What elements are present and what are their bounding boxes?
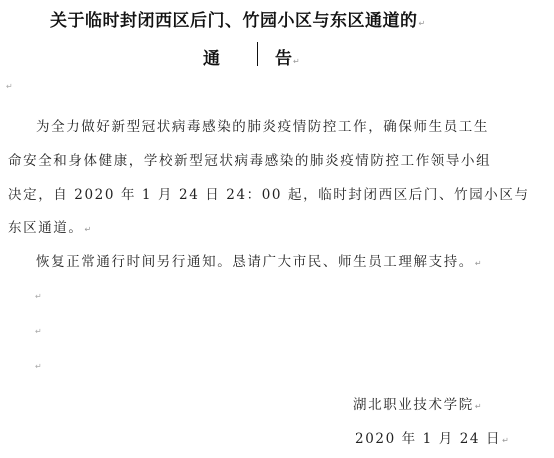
paragraph-mark-icon: ↵ xyxy=(475,402,483,411)
date-text: 2020 年 1 月 24 日 xyxy=(355,431,501,447)
paragraph-mark-icon: ↵ xyxy=(35,292,42,301)
body-line-2: 命安全和身体健康，学校新型冠状病毒感染的肺炎疫情防控工作领导小组 xyxy=(8,149,491,169)
paragraph-mark-icon: ↵ xyxy=(35,362,42,371)
body-line-4: 东区通道。↵ xyxy=(8,216,93,236)
document-title: 关于临时封闭西区后门、竹园小区与东区通道的↵ xyxy=(50,6,426,31)
subtitle-char-2: 告↵ xyxy=(275,44,300,69)
paragraph-mark-icon: ↵ xyxy=(85,225,93,234)
paragraph-mark-icon: ↵ xyxy=(502,436,510,445)
subtitle-char-1: 通 xyxy=(203,44,220,69)
organization-text: 湖北职业技术学院 xyxy=(353,397,474,413)
body-line-4-text: 东区通道。 xyxy=(8,220,84,236)
signature-date: 2020 年 1 月 24 日↵ xyxy=(355,427,510,447)
signature-organization: 湖北职业技术学院↵ xyxy=(353,393,483,413)
paragraph-mark-icon: ↵ xyxy=(6,82,13,91)
subtitle-text: 告 xyxy=(275,49,292,69)
paragraph-mark-icon: ↵ xyxy=(293,57,300,66)
body-line-1: 为全力做好新型冠状病毒感染的肺炎疫情防控工作，确保师生员工生 xyxy=(36,115,489,135)
paragraph-mark-icon: ↵ xyxy=(35,327,42,336)
body-line-3: 决定，自 2020 年 1 月 24 日 24：00 起，临时封闭西区后门、竹园… xyxy=(8,183,530,203)
body-line-5-text: 恢复正常通行时间另行通知。恳请广大市民、师生员工理解支持。 xyxy=(36,254,474,270)
body-line-5: 恢复正常通行时间另行通知。恳请广大市民、师生员工理解支持。↵ xyxy=(36,250,483,270)
paragraph-mark-icon: ↵ xyxy=(419,19,426,28)
text-cursor xyxy=(257,42,258,66)
title-text: 关于临时封闭西区后门、竹园小区与东区通道的 xyxy=(50,11,418,31)
paragraph-mark-icon: ↵ xyxy=(475,259,483,268)
